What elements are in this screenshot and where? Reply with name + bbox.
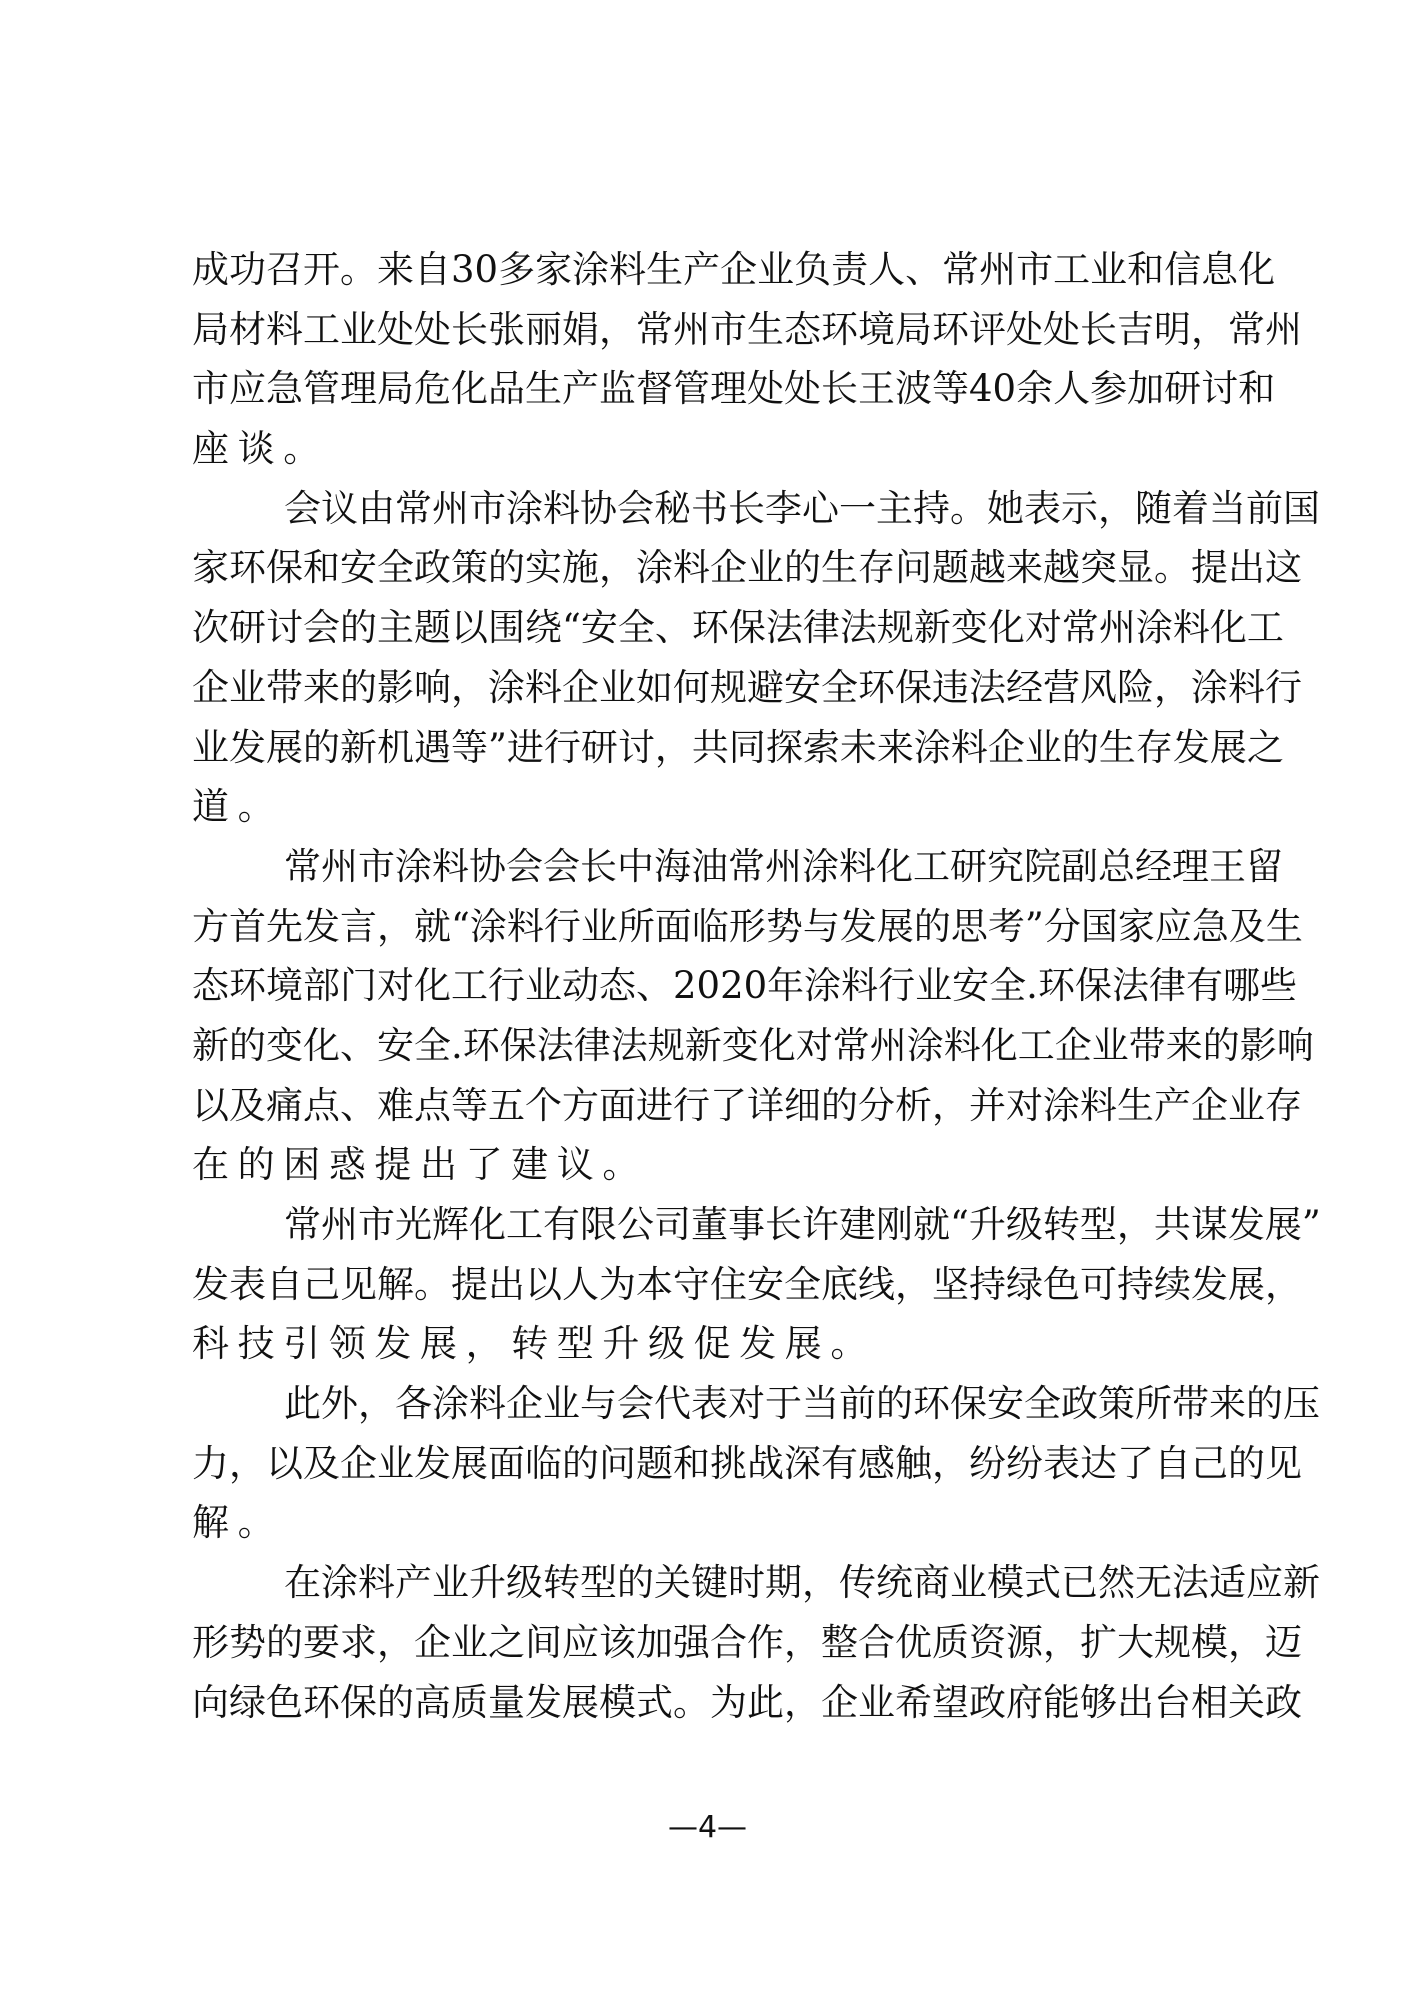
text-line: 业发展的新机遇等”进行研讨，共同探索未来涂料企业的生存发展之 <box>192 718 1242 778</box>
text-line: 以及痛点、难点等五个方面进行了详细的分析，并对涂料生产企业存 <box>192 1076 1242 1136</box>
text-line: 方首先发言，就“涂料行业所面临形势与发展的思考”分国家应急及生 <box>192 897 1242 957</box>
text-line: 解。 <box>192 1493 1242 1553</box>
text-line: 市应急管理局危化品生产监督管理处处长王波等40余人参加研讨和 <box>192 359 1242 419</box>
text-line: 次研讨会的主题以围绕“安全、环保法律法规新变化对常州涂料化工 <box>192 598 1242 658</box>
paragraph-1: 成功召开。来自30多家涂料生产企业负责人、常州市工业和信息化 局材料工业处处长张… <box>192 240 1242 479</box>
text-line: 态环境部门对化工行业动态、2020年涂料行业安全.环保法律有哪些 <box>192 956 1242 1016</box>
text-line: 企业带来的影响，涂料企业如何规避安全环保违法经营风险，涂料行 <box>192 658 1242 718</box>
text-line: 局材料工业处处长张丽娟，常州市生态环境局环评处处长吉明，常州 <box>192 300 1242 360</box>
text-line: 向绿色环保的高质量发展模式。为此，企业希望政府能够出台相关政 <box>192 1673 1242 1733</box>
text-line: 道。 <box>192 777 1242 837</box>
paragraph-5: 此外，各涂料企业与会代表对于当前的环保安全政策所带来的压 力，以及企业发展面临的… <box>192 1374 1242 1553</box>
text-line: 常州市光辉化工有限公司董事长许建刚就“升级转型，共谋发展” <box>192 1195 1242 1255</box>
text-line: 力，以及企业发展面临的问题和挑战深有感触，纷纷表达了自己的见 <box>192 1434 1242 1494</box>
text-line: 常州市涂料协会会长中海油常州涂料化工研究院副总经理王留 <box>192 837 1242 897</box>
paragraph-2: 会议由常州市涂料协会秘书长李心一主持。她表示，随着当前国 家环保和安全政策的实施… <box>192 479 1242 837</box>
document-body: 成功召开。来自30多家涂料生产企业负责人、常州市工业和信息化 局材料工业处处长张… <box>192 240 1242 1732</box>
text-line: 家环保和安全政策的实施，涂料企业的生存问题越来越突显。提出这 <box>192 538 1242 598</box>
text-line: 形势的要求，企业之间应该加强合作，整合优质资源，扩大规模，迈 <box>192 1613 1242 1673</box>
document-page: 成功召开。来自30多家涂料生产企业负责人、常州市工业和信息化 局材料工业处处长张… <box>0 0 1415 2000</box>
text-line: 发表自己见解。提出以人为本守住安全底线，坚持绿色可持续发展， <box>192 1255 1242 1315</box>
text-line: 成功召开。来自30多家涂料生产企业负责人、常州市工业和信息化 <box>192 240 1242 300</box>
text-line: 在的困惑提出了建议。 <box>192 1135 1242 1195</box>
paragraph-4: 常州市光辉化工有限公司董事长许建刚就“升级转型，共谋发展” 发表自己见解。提出以… <box>192 1195 1242 1374</box>
text-line: 此外，各涂料企业与会代表对于当前的环保安全政策所带来的压 <box>192 1374 1242 1434</box>
page-number: —4— <box>0 1808 1415 1848</box>
paragraph-3: 常州市涂料协会会长中海油常州涂料化工研究院副总经理王留 方首先发言，就“涂料行业… <box>192 837 1242 1195</box>
text-line: 新的变化、安全.环保法律法规新变化对常州涂料化工企业带来的影响 <box>192 1016 1242 1076</box>
text-line: 科技引领发展，转型升级促发展。 <box>192 1314 1242 1374</box>
text-line: 会议由常州市涂料协会秘书长李心一主持。她表示，随着当前国 <box>192 479 1242 539</box>
paragraph-6: 在涂料产业升级转型的关键时期，传统商业模式已然无法适应新 形势的要求，企业之间应… <box>192 1553 1242 1732</box>
text-line: 在涂料产业升级转型的关键时期，传统商业模式已然无法适应新 <box>192 1553 1242 1613</box>
text-line: 座谈。 <box>192 419 1242 479</box>
